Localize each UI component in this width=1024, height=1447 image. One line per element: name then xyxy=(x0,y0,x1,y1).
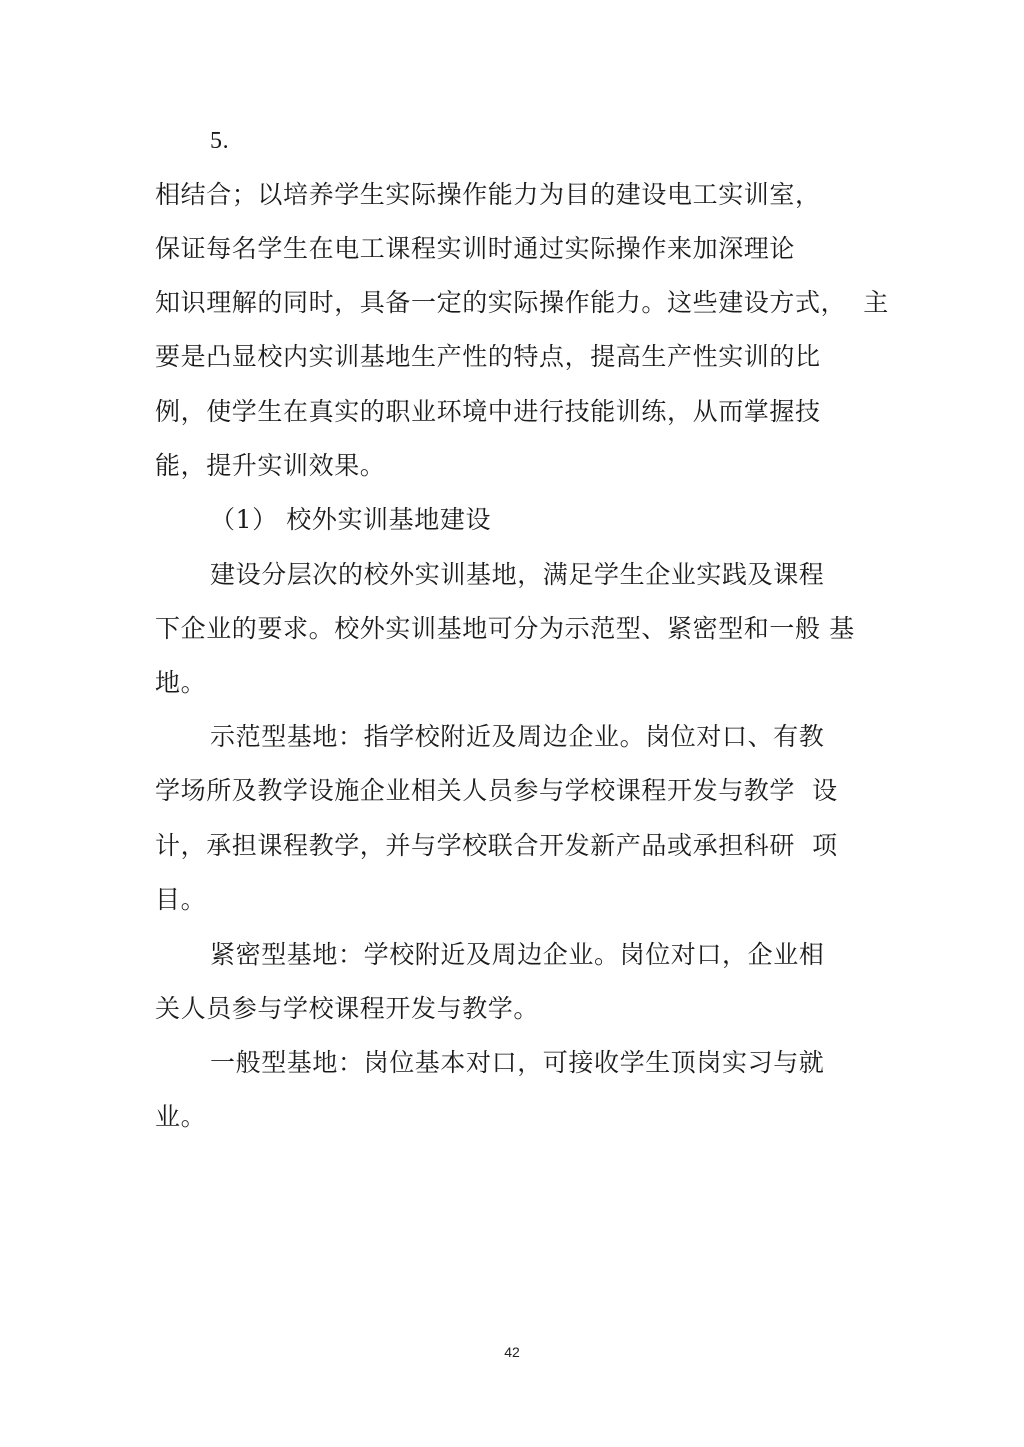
paragraph-line: 相结合；以培养学生实际操作能力为目的建设电工实训室， xyxy=(155,180,821,210)
paragraph-line: 知识理解的同时，具备一定的实际操作能力。这些建设方式， 主 xyxy=(155,288,889,318)
paragraph-line: 要是凸显校内实训基地生产性的特点，提高生产性实训的比 xyxy=(155,342,821,372)
paragraph-line: 例，使学生在真实的职业环境中进行技能训练，从而掌握技 xyxy=(155,397,821,427)
paragraph-line: 业。 xyxy=(155,1102,206,1132)
paragraph-line: 目。 xyxy=(155,885,206,915)
paragraph-line: 学场所及教学设施企业相关人员参与学校课程开发与教学 设 xyxy=(155,776,838,806)
paragraph-line: 保证每名学生在电工课程实训时通过实际操作来加深理论 xyxy=(155,234,795,264)
paragraph-line: 关人员参与学校课程开发与教学。 xyxy=(155,994,539,1024)
paragraph-line: 一般型基地：岗位基本对口，可接收学生顶岗实习与就 xyxy=(210,1048,824,1078)
paragraph-line: 示范型基地：指学校附近及周边企业。岗位对口、有教 xyxy=(210,722,824,752)
page-number: 42 xyxy=(0,1344,1024,1360)
paragraph-line: 下企业的要求。校外实训基地可分为示范型、紧密型和一般 基 xyxy=(155,614,855,644)
document-page: 5. 相结合；以培养学生实际操作能力为目的建设电工实训室， 保证每名学生在电工课… xyxy=(0,0,1024,1447)
paragraph-line: 紧密型基地：学校附近及周边企业。岗位对口，企业相 xyxy=(210,940,824,970)
paragraph-line: 计，承担课程教学，并与学校联合开发新产品或承担科研 项 xyxy=(155,831,838,861)
section-number: 5. xyxy=(210,126,229,156)
paragraph-line: 能，提升实训效果。 xyxy=(155,451,385,481)
subsection-heading: （1） 校外实训基地建设 xyxy=(210,505,491,535)
paragraph-line: 地。 xyxy=(155,668,206,698)
paragraph-line: 建设分层次的校外实训基地，满足学生企业实践及课程 xyxy=(210,560,824,590)
